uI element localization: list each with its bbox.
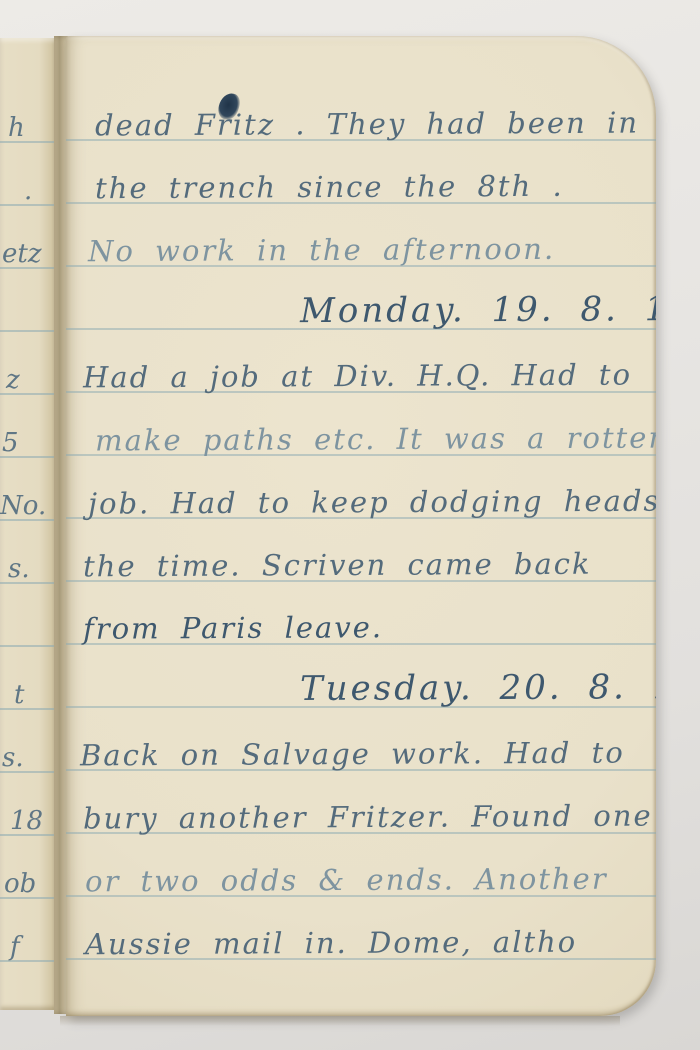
text-fragment: t [14,664,24,710]
handwritten-line: dead Fritz . They had been in [95,83,639,143]
handwritten-line: bury another Fritzer. Found one [83,776,653,836]
scanned-notebook-photo: h.etzz5No.s.ts.18obf dead Fritz . They h… [0,0,700,1050]
text-fragment: etz [2,223,42,269]
handwritten-line: Tuesday. 20. 8. 18 [300,650,656,709]
text-fragment: s. [2,727,24,773]
text-fragment: 18 [10,790,43,836]
handwritten-line: or two odds & ends. Another [85,839,608,899]
text-fragment: z [6,349,20,395]
handwritten-line: the time. Scriven came back [83,524,592,584]
text-fragment: f [10,916,20,962]
handwritten-line: make paths etc. It was a rotten [95,397,656,457]
page-bottom-shadow [60,1016,620,1026]
previous-page-edge: h.etzz5No.s.ts.18obf [0,38,56,1010]
text-fragment: . [24,160,32,206]
text-fragment: s. [8,538,30,584]
handwritten-line: Back on Salvage work. Had to [80,713,625,773]
handwritten-line: the trench since the 8th . [95,146,564,205]
text-fragment: 5 [2,412,19,458]
handwritten-line: Monday. 19. 8. 18. [300,272,656,331]
text-fragment: No. [0,475,46,521]
handwritten-line: job. Had to keep dodging heads all [88,460,656,520]
handwritten-line: No work in the afternoon. [88,209,555,268]
handwritten-line: Aussie mail in. Dome, altho [85,902,577,962]
handwritten-line: from Paris leave. [83,587,383,646]
text-fragment: ob [4,853,36,899]
text-fragment: h [8,97,25,143]
diary-page: dead Fritz . They had been inthe trench … [66,36,656,1016]
handwritten-line: Had a job at Div. H.Q. Had to [83,335,632,395]
